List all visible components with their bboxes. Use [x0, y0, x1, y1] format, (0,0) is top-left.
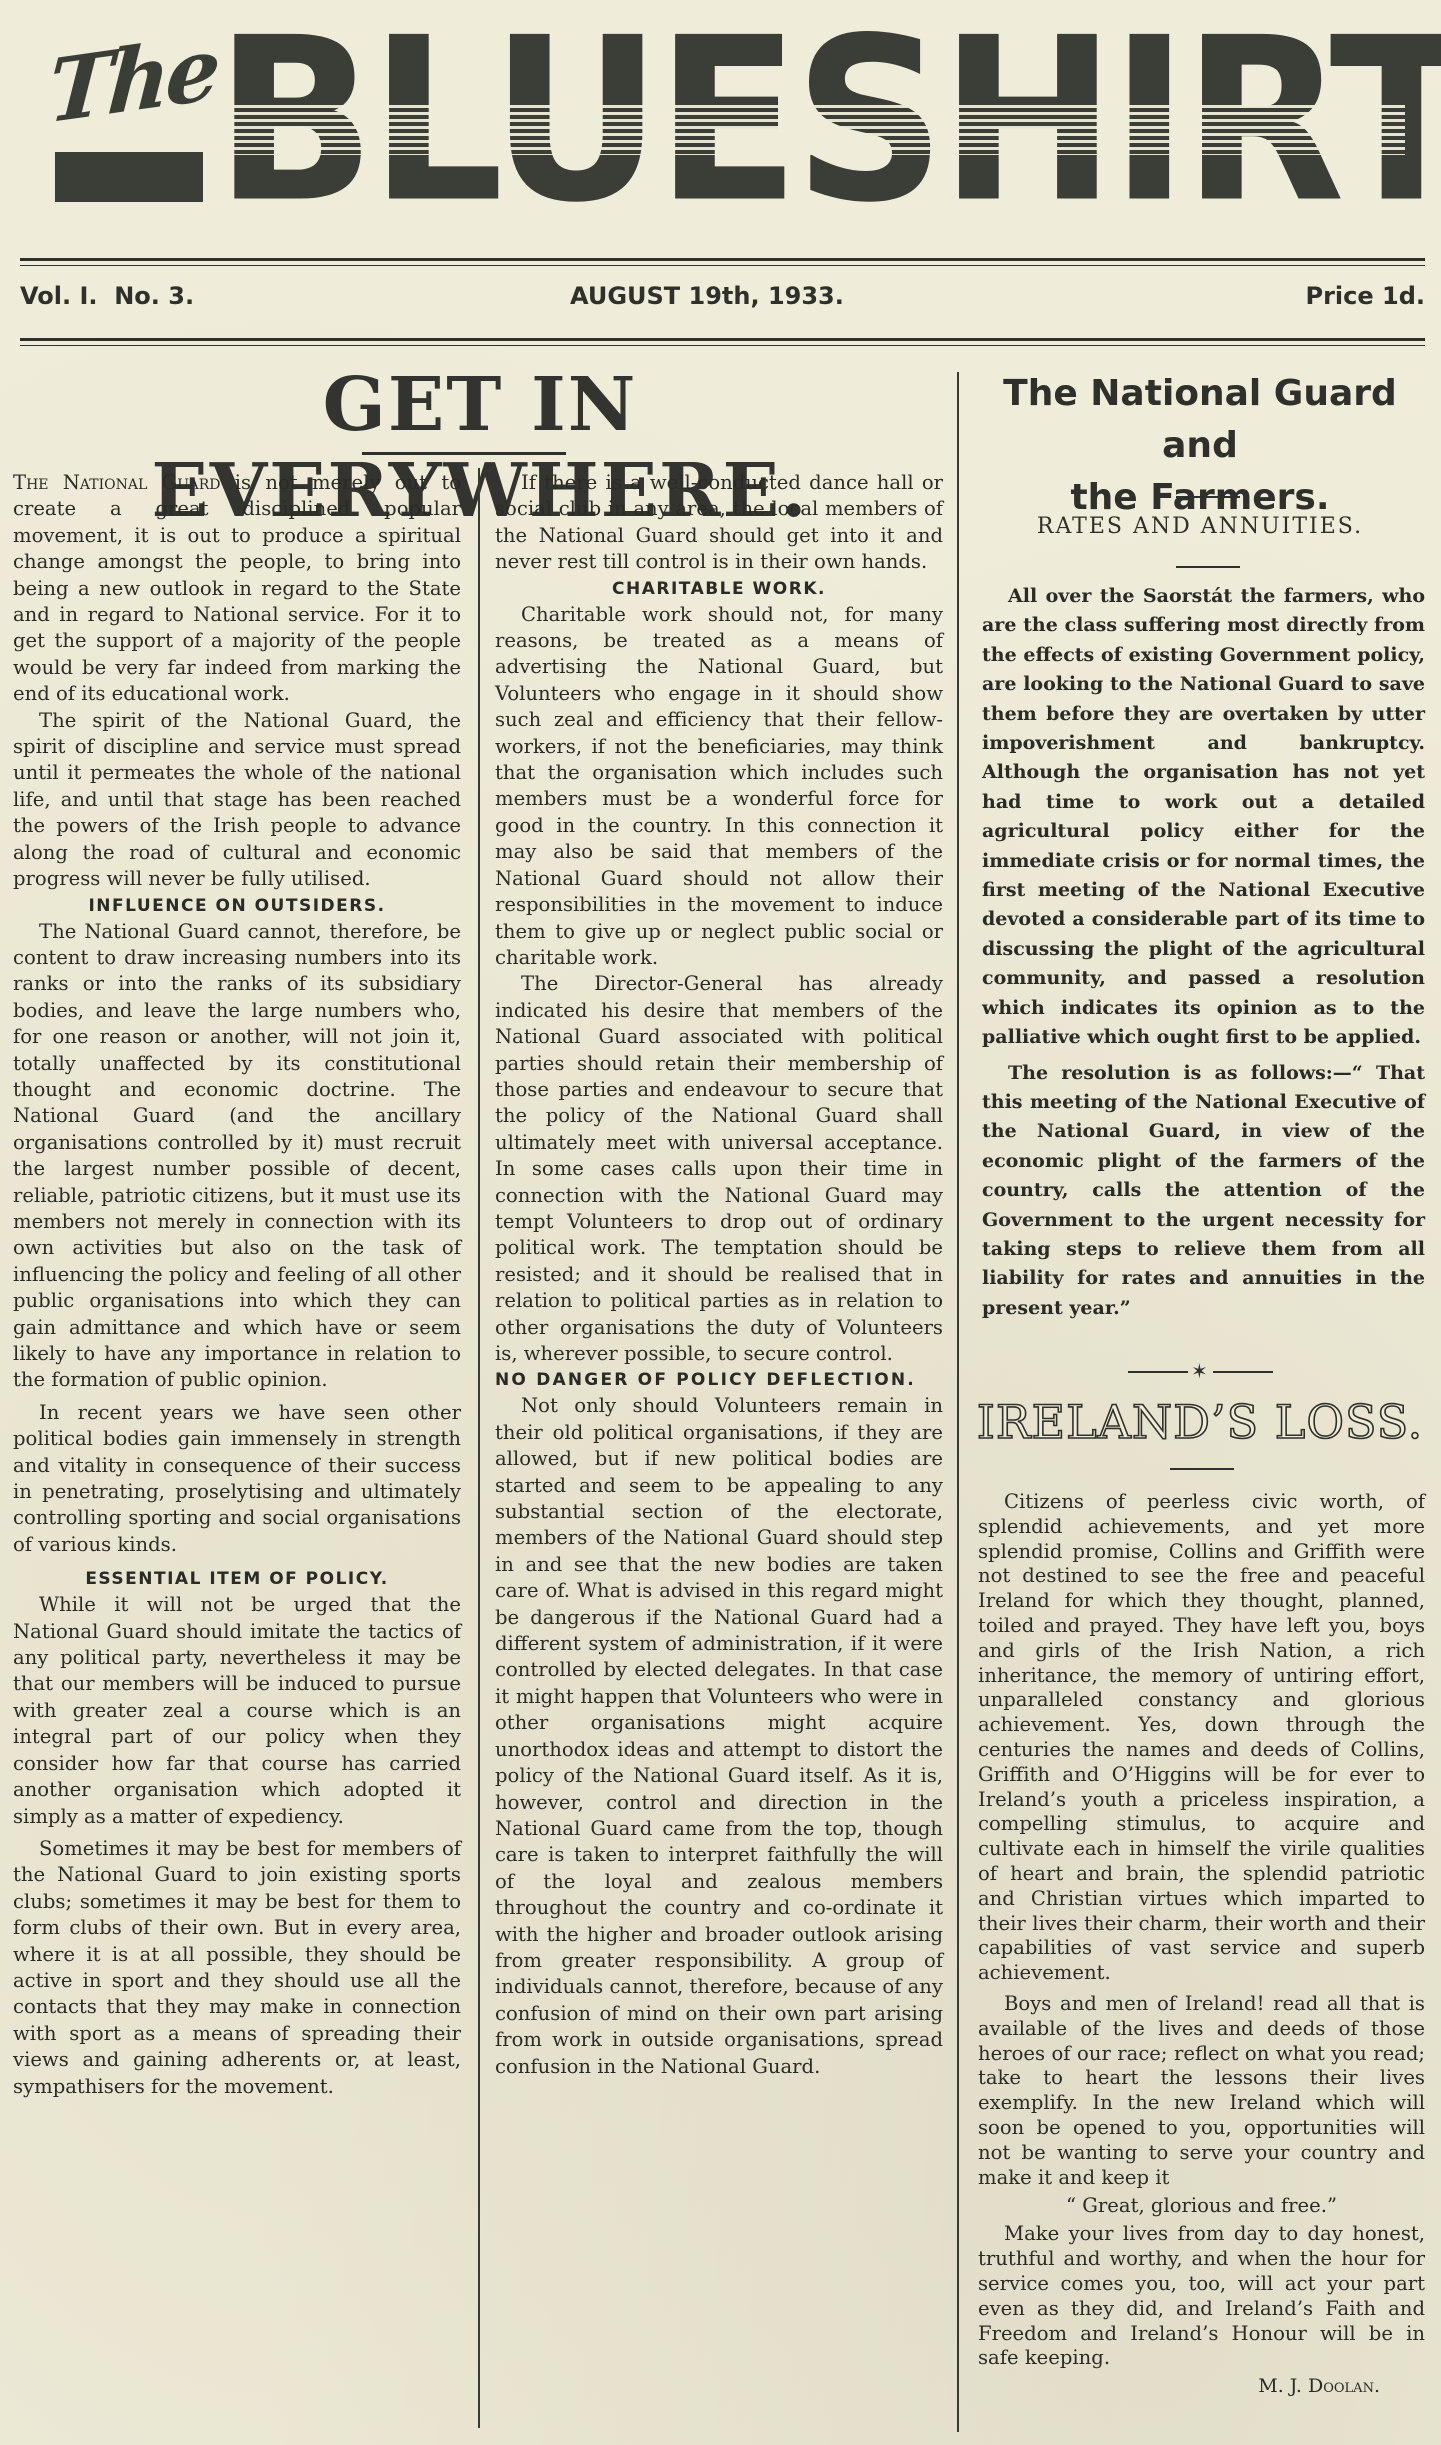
column-middle: If there is a well-conducted dance hall …: [495, 470, 943, 2080]
paragraph: The Director-General has already indicat…: [495, 971, 943, 1367]
paragraph: In recent years we have seen other polit…: [13, 1400, 461, 1558]
star-ornament-icon: ✶: [1191, 1359, 1208, 1383]
paragraph: Make your lives from day to day honest, …: [978, 2222, 1425, 2371]
subhead-charitable-work: CHARITABLE WORK.: [495, 576, 943, 602]
short-rule: [1176, 566, 1240, 568]
headline-irelands-loss: IRELAND’S LOSS.: [975, 1395, 1425, 1449]
short-rule: [1176, 496, 1240, 498]
subhead-rates-and-annuities: RATES AND ANNUITIES.: [975, 514, 1425, 539]
masthead: The BLUESHIRT.: [0, 0, 1441, 250]
quote: “ Great, glorious and free.”: [978, 2190, 1425, 2222]
paragraph: Charitable work should not, for many rea…: [495, 602, 943, 972]
paragraph: The National Guard cannot, therefore, be…: [13, 919, 461, 1394]
short-rule: [1170, 1468, 1234, 1470]
headline-farmers: The National Guard and the Farmers.: [975, 368, 1425, 524]
headline-underline: [362, 452, 566, 455]
subhead-no-danger-of-policy-deflection: NO DANGER OF POLICY DEFLECTION.: [495, 1367, 943, 1393]
separator: ✶: [1128, 1365, 1273, 1379]
masthead-stripes: [215, 105, 1405, 155]
price: Price 1d.: [1305, 282, 1425, 310]
paragraph: Not only should Volunteers remain in the…: [495, 1393, 943, 2080]
paragraph: The National Guard is not merely out to …: [13, 470, 461, 708]
column-left: The National Guard is not merely out to …: [13, 470, 461, 2100]
paragraph: Sometimes it may be best for members of …: [13, 1836, 461, 2100]
paragraph: The resolution is as follows:—“ That thi…: [982, 1059, 1425, 1324]
author-signature: M. J. Doolan.: [978, 2371, 1425, 2401]
issue-date: AUGUST 19th, 1933.: [570, 282, 844, 310]
paragraph: The spirit of the National Guard, the sp…: [13, 708, 461, 893]
masthead-rule-top: [20, 258, 1425, 266]
paragraph: While it will not be urged that the Nati…: [13, 1592, 461, 1830]
masthead-bar: [55, 152, 203, 202]
paragraph: Boys and men of Ireland! read all that i…: [978, 1992, 1425, 2190]
dateline: Vol. I. No. 3. AUGUST 19th, 1933. Price …: [20, 282, 1425, 322]
newspaper-page: The BLUESHIRT. Vol. I. No. 3. AUGUST 19t…: [0, 0, 1441, 2445]
subhead-essential-item-of-policy: ESSENTIAL ITEM OF POLICY.: [13, 1566, 461, 1592]
paragraph: All over the Saorstát the farmers, who a…: [982, 582, 1425, 1053]
subhead-influence-on-outsiders: INFLUENCE ON OUTSIDERS.: [13, 893, 461, 919]
column-rule-left: [478, 468, 480, 2428]
masthead-the: The: [45, 17, 220, 144]
masthead-rule-bottom: [20, 338, 1425, 346]
column-right-farmers: All over the Saorstát the farmers, who a…: [982, 582, 1425, 1323]
paragraph: If there is a well-conducted dance hall …: [495, 470, 943, 576]
column-rule-right: [957, 372, 959, 2432]
volume-number: Vol. I. No. 3.: [20, 282, 194, 310]
column-right-irelands-loss: Citizens of peerless civic worth, of spl…: [978, 1490, 1425, 2401]
paragraph: Citizens of peerless civic worth, of spl…: [978, 1490, 1425, 1986]
